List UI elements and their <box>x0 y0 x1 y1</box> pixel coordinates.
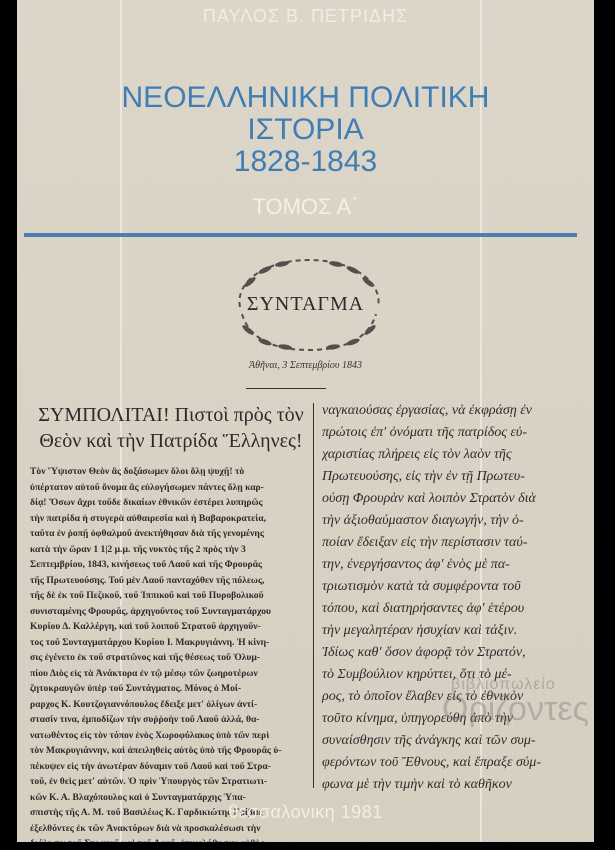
article-heading: ΣΥΜΠΟΛΙΤΑΙ! Πιστοὶ πρὸς τὸν Θεὸν καὶ τὴν… <box>30 402 312 454</box>
text-line: φωνα μὲ τὴν τιμὴν καὶ τὸ καθῆκον <box>322 774 587 796</box>
text-line: τῆς δὲ ἐκ τοῦ Πεζικοῦ, τοῦ Ἱππικοῦ καὶ τ… <box>30 588 312 604</box>
text-line: νατωθέντος εἰς τὸν τόπον ἑνὸς Χωροφύλακο… <box>30 728 312 744</box>
text-line: ὑπέρτατον αὐτοῦ ὄνομα ἂς εὐλογήσωμεν πάν… <box>30 480 312 496</box>
short-rule <box>246 388 326 389</box>
text-line: σις ἐγένετο ἐκ τοῦ στρατῶνος καὶ τῆς θέσ… <box>30 650 312 666</box>
publication-place-year: θεσσαλονικη 1981 <box>17 802 594 823</box>
book-title: ΝΕΟΕΛΛΗΝΙΚΗ ΠΟΛΙΤΙΚΗ ΙΣΤΟΡΙΑ 1828-1843 <box>17 82 594 178</box>
article-left-column: ΣΥΜΠΟΛΙΤΑΙ! Πιστοὶ πρὸς τὸν Θεὸν καὶ τὴν… <box>30 402 312 842</box>
column-divider <box>313 403 314 788</box>
text-line: τόπου, καὶ διατηρήσαντες ἀφ' ἑτέρου <box>322 598 587 620</box>
title-line: ΙΣΤΟΡΙΑ <box>17 114 594 146</box>
emblem-word: ΣΥΝΤΑΓΜΑ <box>17 293 594 316</box>
text-line: τος τοῦ Συνταγματάρχου Κυρίου Ι. Μακρυγι… <box>30 635 312 651</box>
watermark-line2: Ορίζοντες <box>442 690 589 729</box>
text-line: την, ἐνεργήσαντος ἀφ' ἑνὸς μὲ πα- <box>322 554 587 576</box>
article-body-left: Τὸν Ὕψιστον Θεὸν ἂς δοξάσωμεν ὅλοι ὅλῃ ψ… <box>30 464 312 842</box>
text-line: συνισταμένης Φρουρᾶς, ἀρχηγοῦντος τοῦ Συ… <box>30 604 312 620</box>
text-line: Σεπτεμβρίου, 1843, κινήσεως τοῦ Λαοῦ καὶ… <box>30 557 312 573</box>
text-line: τριωτισμὸν κατὰ τὰ συμφέροντα τοῦ <box>322 576 587 598</box>
text-line: ναγκαιούσας ἐργασίας, νὰ ἐκφράσῃ ἐν <box>322 400 587 422</box>
title-years: 1828-1843 <box>17 146 594 178</box>
text-line: τῆς Πρωτευούσης. Τοῦ μὲν Λαοῦ πανταχόθεν… <box>30 573 312 589</box>
text-line: Ἰδίως καθ' ὅσον ἀφορᾷ τὸν Στρατόν, <box>322 642 587 664</box>
heading-line: Θεὸν καὶ τὴν Πατρίδα Ἕλληνες! <box>30 428 312 454</box>
text-line: πίου Διὸς εἰς τὰ Ἀνάκτορα ἐν τῷ μέσῳ τῶν… <box>30 666 312 682</box>
text-line: στασίν τινα, ἐμποδίζων τὴν συῤῥοὴν τοῦ Λ… <box>30 712 312 728</box>
heading-line: ΣΥΜΠΟΛΙΤΑΙ! Πιστοὶ πρὸς τὸν <box>30 402 312 428</box>
title-line: ΝΕΟΕΛΛΗΝΙΚΗ ΠΟΛΙΤΙΚΗ <box>17 82 594 114</box>
text-line: φερόντων τοῦ Ἔθνους, καὶ ἔπραξε σύμ- <box>322 752 587 774</box>
blue-divider <box>24 233 577 237</box>
text-line: Τὸν Ὕψιστον Θεὸν ἂς δοξάσωμεν ὅλοι ὅλῃ ψ… <box>30 464 312 480</box>
text-line: τὴν ἀξιοθαύμαστον διαγωγήν, τὴν ὁ- <box>322 510 587 532</box>
text-line: ραρχος Κ. Κουτζογιαννόπουλος ἔδειξε μετ'… <box>30 697 312 713</box>
text-line: τοῦ, ἐν θεὶς μετ' αὐτῶν. Ὁ πρὶν Ὑπουργὸς… <box>30 774 312 790</box>
text-line: διάλυσιν τοῦ Στρατοῦ καὶ τοῦ Λαοῦ, ἐπιμε… <box>30 836 312 842</box>
text-line: τὸν Μακρυγιάννην, καὶ ἀπειληθεὶς αὐτὸς ὑ… <box>30 743 312 759</box>
volume-label: ΤΟΜΟΣ Α΄ <box>17 194 594 220</box>
text-line: ζητοκραυγῶν ὑπὲρ τοῦ Συντάγματος. Μόνος … <box>30 681 312 697</box>
text-line: κατὰ τὴν ὥραν 1 1|2 μ.μ. τῆς νυκτὸς τῆς … <box>30 542 312 558</box>
text-line: Κυρίου Δ. Καλλέργη, καὶ τοῦ λοιποῦ Στρατ… <box>30 619 312 635</box>
text-line: συναίσθησιν τῆς ἀνάγκης καὶ τῶν συμ- <box>322 730 587 752</box>
text-line: Πρωτευούσης, εἰς τὴν ἐν τῇ Πρωτευ- <box>322 466 587 488</box>
text-line: ταῦτα ἐν ῥοπῇ ὀφθαλμοῦ ἀνεκτήθησαν διὰ τ… <box>30 526 312 542</box>
text-line: ούσῃ Φρουρὰν καὶ λοιπὸν Στρατὸν διὰ <box>322 488 587 510</box>
text-line: ποίαν ἔδειξαν εἰς τὴν περίστασιν ταύ- <box>322 532 587 554</box>
article-body-right: ναγκαιούσας ἐργασίας, νὰ ἐκφράσῃ ἐν πρώτ… <box>322 400 587 796</box>
text-line: δίᾳ! Ὅσων ἄχρι τοῦδε δικαίων ἐθνικῶν ἐστ… <box>30 495 312 511</box>
emblem-dateline: Ἀθῆναι, 3 Σεπτεμβρίου 1843 <box>17 360 594 371</box>
article-right-column: ναγκαιούσας ἐργασίας, νὰ ἐκφράσῃ ἐν πρώτ… <box>322 400 587 796</box>
text-line: πέκυψεν εἰς τὴν ἀνωτέραν δύναμιν τοῦ Λαο… <box>30 759 312 775</box>
text-line: πρώτοις ἐπ' ὀνόματι τῆς πατρίδος εὐ- <box>322 422 587 444</box>
text-line: τὴν μεγαλητέραν ἡσυχίαν καὶ τάξιν. <box>322 620 587 642</box>
text-line: τὴν πατρίδα ἡ στυγερὰ αὐθαιρεσία καὶ ἡ Β… <box>30 511 312 527</box>
text-line: χαριστίας πλήρεις εἰς τὸν λαὸν τῆς <box>322 444 587 466</box>
author-name: ΠΑΥΛΟΣ Β. ΠΕΤΡΙΔΗΣ <box>17 6 594 27</box>
